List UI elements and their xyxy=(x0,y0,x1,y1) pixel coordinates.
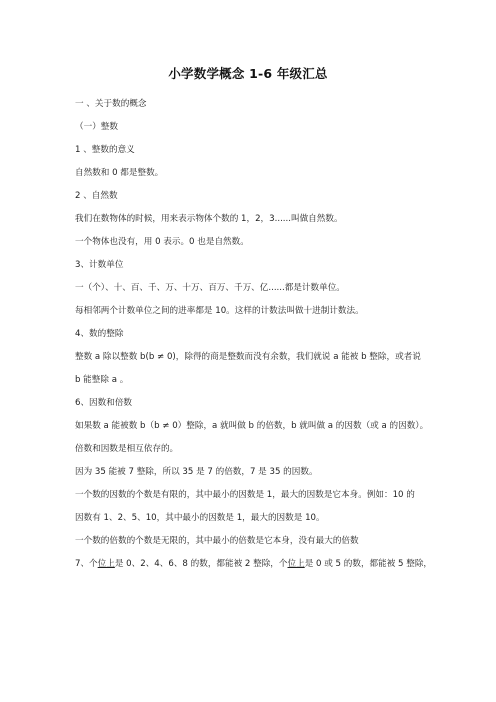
text-segment: 7、个 xyxy=(75,559,98,569)
item-heading: 4、数的整除 xyxy=(75,328,123,340)
paragraph: 如果数 a 能被数 b（b ≠ 0）整除，a 就叫做 b 的倍数，b 就叫做 a… xyxy=(75,420,428,432)
text-segment: 是 0、2、4、6、8 的数，都能被 2 整除，个 xyxy=(115,559,288,569)
paragraph: 一个数的倍数的个数是无限的，其中最小的倍数是它本身，没有最大的倍数 xyxy=(75,535,359,547)
underlined-text: 位上 xyxy=(98,559,115,569)
paragraph: 整数 a 除以整数 b(b ≠ 0)，除得的商是整数而没有余数，我们就说 a 能… xyxy=(75,351,421,363)
document-title: 小学数学概念 1-6 年级汇总 xyxy=(0,64,496,82)
item-heading: 3、计数单位 xyxy=(75,259,123,271)
underlined-text: 位上 xyxy=(288,559,305,569)
subsection-heading: （一）整数 xyxy=(75,121,118,133)
item-heading: 6、因数和倍数 xyxy=(75,397,132,409)
document-page: 小学数学概念 1-6 年级汇总 一 、关于数的概念 （一）整数 1 、整数的意义… xyxy=(0,0,496,702)
paragraph: 一个数的因数的个数是有限的，其中最小的因数是 1，最大的因数是它本身。例如：10… xyxy=(75,489,415,501)
section-heading: 一 、关于数的概念 xyxy=(75,98,146,110)
paragraph: 我们在数物体的时候，用来表示物体个数的 1，2，3......叫做自然数。 xyxy=(75,213,343,225)
paragraph: 一（个）、十、百、千、万、十万、百万、千万、亿......都是计数单位。 xyxy=(75,282,345,294)
text-segment: 是 0 或 5 的数，都能被 5 整除， xyxy=(305,559,432,569)
paragraph: b 能整除 a 。 xyxy=(75,374,128,386)
paragraph: 每相邻两个计数单位之间的进率都是 10。这样的计数法叫做十进制计数法。 xyxy=(75,305,364,317)
item-heading: 1 、整数的意义 xyxy=(75,144,135,156)
paragraph: 因为 35 能被 7 整除，所以 35 是 7 的倍数，7 是 35 的因数。 xyxy=(75,466,318,478)
item-heading: 2 、自然数 xyxy=(75,190,118,202)
paragraph-rule-7: 7、个位上是 0、2、4、6、8 的数，都能被 2 整除，个位上是 0 或 5 … xyxy=(75,558,432,570)
paragraph: 自然数和 0 都是整数。 xyxy=(75,167,163,179)
paragraph: 一个物体也没有，用 0 表示。0 也是自然数。 xyxy=(75,236,249,248)
paragraph: 因数有 1、2、5、10，其中最小的因数是 1，最大的因数是 10。 xyxy=(75,512,325,524)
paragraph: 倍数和因数是相互依存的。 xyxy=(75,443,178,455)
